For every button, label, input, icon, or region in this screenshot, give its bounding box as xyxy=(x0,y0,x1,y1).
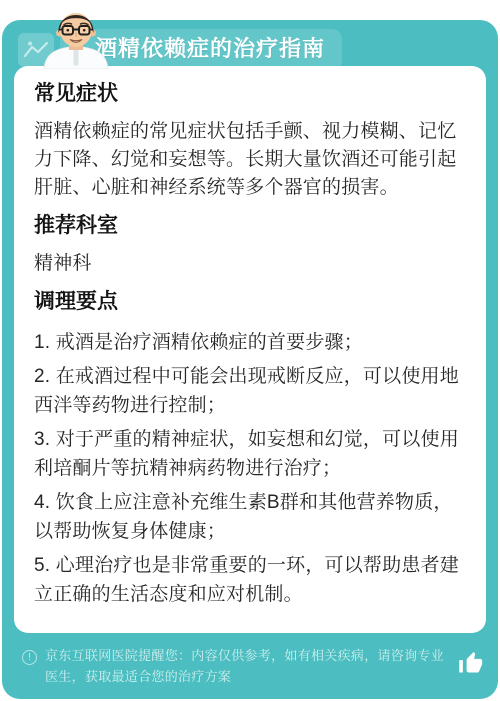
content-card: 常见症状 酒精依赖症的常见症状包括手颤、视力模糊、记忆力下降、幻觉和妄想等。长期… xyxy=(14,66,486,633)
info-circle-icon: ! xyxy=(22,650,37,665)
symptoms-paragraph: 酒精依赖症的常见症状包括手颤、视力模糊、记忆力下降、幻觉和妄想等。长期大量饮酒还… xyxy=(34,118,466,202)
care-list-item-4: 4. 饮食上应注意补充维生素B群和其他营养物质，以帮助恢复身体健康； xyxy=(34,488,466,546)
care-list-item-3: 3. 对于严重的精神症状，如妄想和幻觉，可以使用利培酮片等抗精神病药物进行治疗； xyxy=(34,425,466,483)
page-title: 酒精依赖症的治疗指南 xyxy=(95,32,325,63)
section-heading-care-points: 调理要点 xyxy=(34,290,466,314)
department-paragraph: 精神科 xyxy=(34,250,466,278)
section-heading-symptoms: 常见症状 xyxy=(34,82,466,106)
care-list-item-1: 1. 戒酒是治疗酒精依赖症的首要步骤； xyxy=(34,328,466,357)
section-heading-department: 推荐科室 xyxy=(34,214,466,238)
doctor-avatar xyxy=(36,3,116,74)
care-list-item-2: 2. 在戒酒过程中可能会出现戒断反应，可以使用地西泮等药物进行控制； xyxy=(34,362,466,420)
footer-disclaimer-bar: ! 京东互联网医院提醒您：内容仅供参考，如有相关疾病，请咨询专业医生，获取最适合… xyxy=(22,645,484,687)
disclaimer-text: 京东互联网医院提醒您：内容仅供参考，如有相关疾病，请咨询专业医生，获取最适合您的… xyxy=(45,645,449,687)
care-list-item-5: 5. 心理治疗也是非常重要的一环，可以帮助患者建立正确的生活态度和应对机制。 xyxy=(34,551,466,609)
guide-teal-panel: 酒精依赖症的治疗指南 常见症状 酒精依赖症的常见症状包括手颤、视力模糊、记忆力下… xyxy=(2,20,498,699)
thumbs-up-icon[interactable] xyxy=(457,650,484,680)
